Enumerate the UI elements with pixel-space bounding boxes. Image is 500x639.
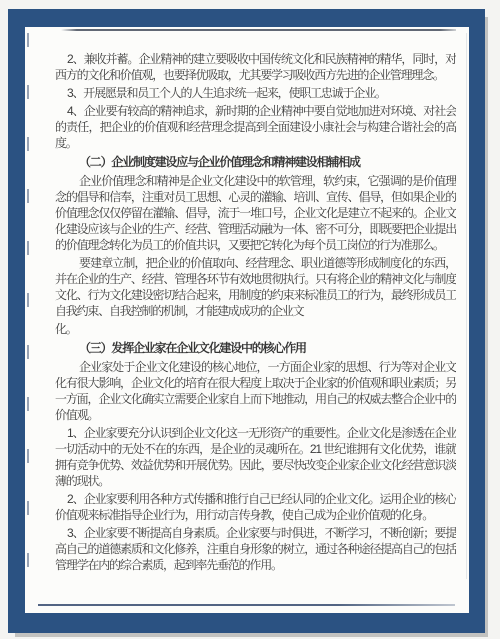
inner-border-top (61, 29, 456, 31)
section-heading: （三）发挥企业家在企业文化建设中的核心作用 (55, 340, 456, 356)
body-paragraph: 企业价值理念和精神是企业文化建设中的软管理，软约束，它强调的是价值理念的倡导和信… (55, 173, 456, 253)
body-paragraph: 企业家处于企业文化建设的核心地位，一方面企业家的思想、行为等对企业文化有很大影响… (55, 359, 456, 423)
continuation-line: 化。 (55, 321, 456, 337)
numbered-paragraph: 3、企业家要不断提高自身素质。企业家要与时俱进，不断学习，不断创新；要提高自己的… (55, 525, 456, 573)
numbered-paragraph: 1、企业家要充分认识到企业文化这一无形资产的重要性。企业文化是渗透在企业一切活动… (55, 425, 456, 489)
numbered-paragraph: 4、企业要有较高的精神追求，新时期的企业精神中要自觉地加进对环境、对社会的责任，… (55, 103, 456, 151)
section-heading: （二）企业制度建设应与企业价值理念和精神建设相辅相成 (55, 154, 456, 170)
document-page: 2、兼收并蓄。企业精神的建立要吸收中国传统文化和民族精神的精华，同时，对西方的文… (25, 27, 469, 613)
numbered-paragraph: 3、开展愿景和员工个人的人生追求统一起来，使职工忠诚于企业。 (55, 85, 456, 101)
inner-border-right (466, 33, 467, 579)
inner-border-left (27, 33, 29, 579)
document-content: 2、兼收并蓄。企业精神的建立要吸收中国传统文化和民族精神的精华，同时，对西方的文… (55, 51, 456, 607)
photo-background: 2、兼收并蓄。企业精神的建立要吸收中国传统文化和民族精神的精华，同时，对西方的文… (0, 0, 500, 639)
document-frame: 2、兼收并蓄。企业精神的建立要吸收中国传统文化和民族精神的精华，同时，对西方的文… (8, 9, 485, 633)
body-paragraph: 要建章立制，把企业的价值取向、经营理念、职业道德等形成制度化的东西，并在企业的生… (55, 255, 456, 319)
numbered-paragraph: 2、兼收并蓄。企业精神的建立要吸收中国传统文化和民族精神的精华，同时，对西方的文… (55, 51, 456, 83)
numbered-paragraph: 2、企业家要利用各种方式传播和推行自己已经认同的企业文化。运用企业的核心价值观来… (55, 491, 456, 523)
